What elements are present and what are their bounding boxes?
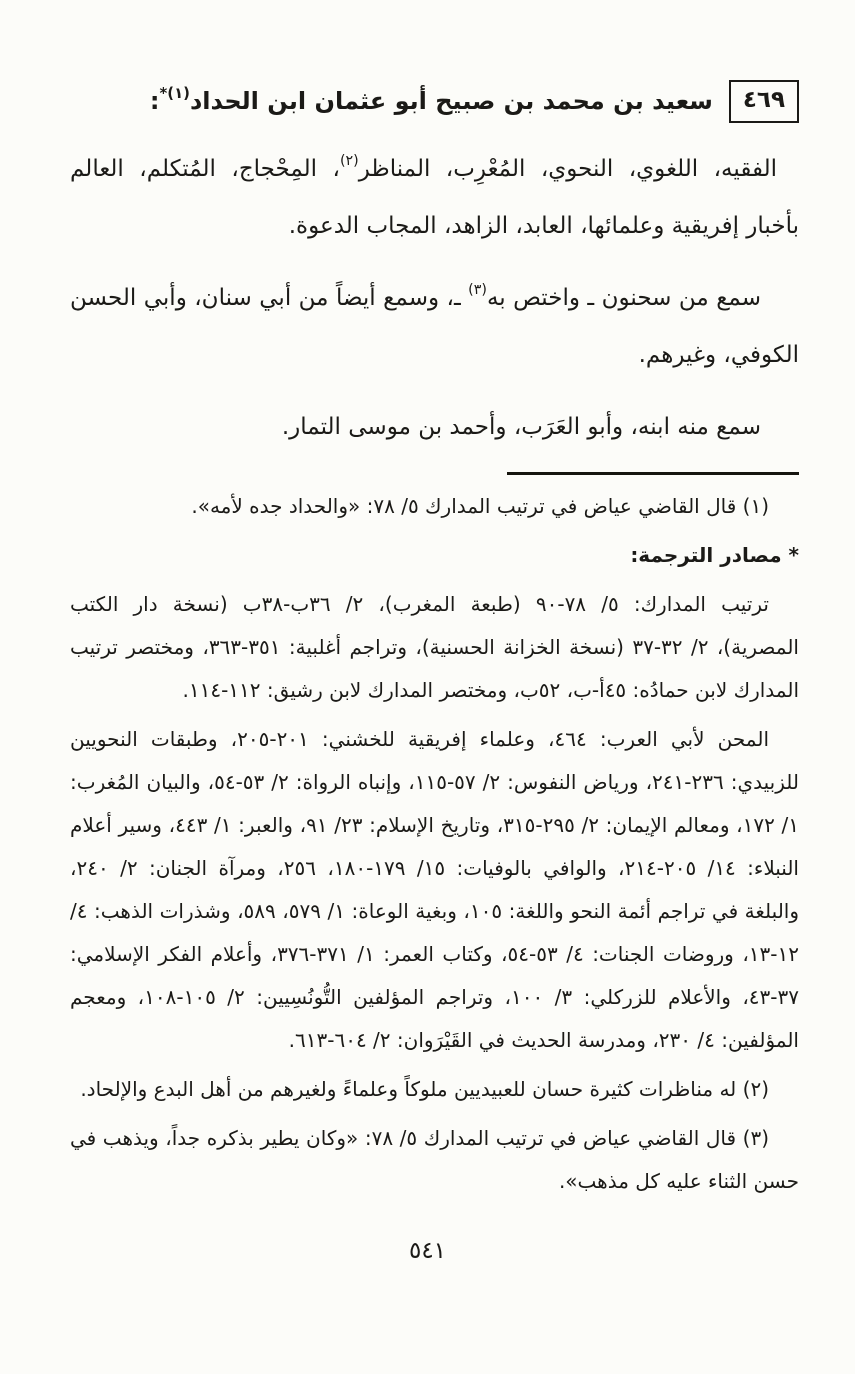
paragraph-teachers: سمع من سحنون ـ واختص به(٣) ـ، وسمع أيضاً…: [70, 270, 799, 385]
paragraph-epithets: الفقيه، اللغوي، النحوي، المُعْرِب، المنا…: [70, 141, 799, 256]
sources-header: * مصادر الترجمة:: [70, 534, 799, 577]
epithets-text: الفقيه، اللغوي، النحوي، المُعْرِب، المنا…: [359, 156, 777, 182]
footnote-ref-3: (٣): [468, 282, 487, 298]
footnote-3: (٣) قال القاضي عياض في ترتيب المدارك ٥/ …: [70, 1117, 799, 1203]
entry-title-text: سعيد بن محمد بن صبيح أبو عثمان ابن الحدا…: [190, 87, 713, 115]
footnote-ref-2: (٢): [340, 153, 359, 169]
footnote-ref-1-and-sources-star: (١)*: [159, 84, 189, 102]
entry-number: ٤٦٩: [743, 87, 785, 113]
sources-list-part-1: ترتيب المدارك: ٥/ ٧٨-٩٠ (طبعة المغرب)، ٢…: [70, 583, 799, 712]
paragraph-students: سمع منه ابنه، وأبو العَرَب، وأحمد بن موس…: [70, 399, 799, 457]
entry-title: سعيد بن محمد بن صبيح أبو عثمان ابن الحدا…: [150, 81, 713, 122]
footnotes-section: (١) قال القاضي عياض في ترتيب المدارك ٥/ …: [70, 472, 799, 1203]
page-number: ٥٤١: [0, 1238, 855, 1264]
book-page: ٤٦٩ سعيد بن محمد بن صبيح أبو عثمان ابن ا…: [0, 0, 855, 1374]
footnote-2: (٢) له مناظرات كثيرة حسان للعبيديين ملوك…: [70, 1068, 799, 1111]
entry-header: ٤٦٩ سعيد بن محمد بن صبيح أبو عثمان ابن ا…: [70, 80, 799, 123]
sources-list-part-2: المحن لأبي العرب: ٤٦٤، وعلماء إفريقية لل…: [70, 718, 799, 1062]
entry-number-box: ٤٦٩: [729, 80, 799, 123]
footnote-1: (١) قال القاضي عياض في ترتيب المدارك ٥/ …: [70, 485, 799, 528]
teachers-text: سمع من سحنون ـ واختص به: [487, 285, 761, 311]
footnote-separator-line: [507, 472, 799, 475]
page-content: ٤٦٩ سعيد بن محمد بن صبيح أبو عثمان ابن ا…: [70, 0, 799, 1209]
